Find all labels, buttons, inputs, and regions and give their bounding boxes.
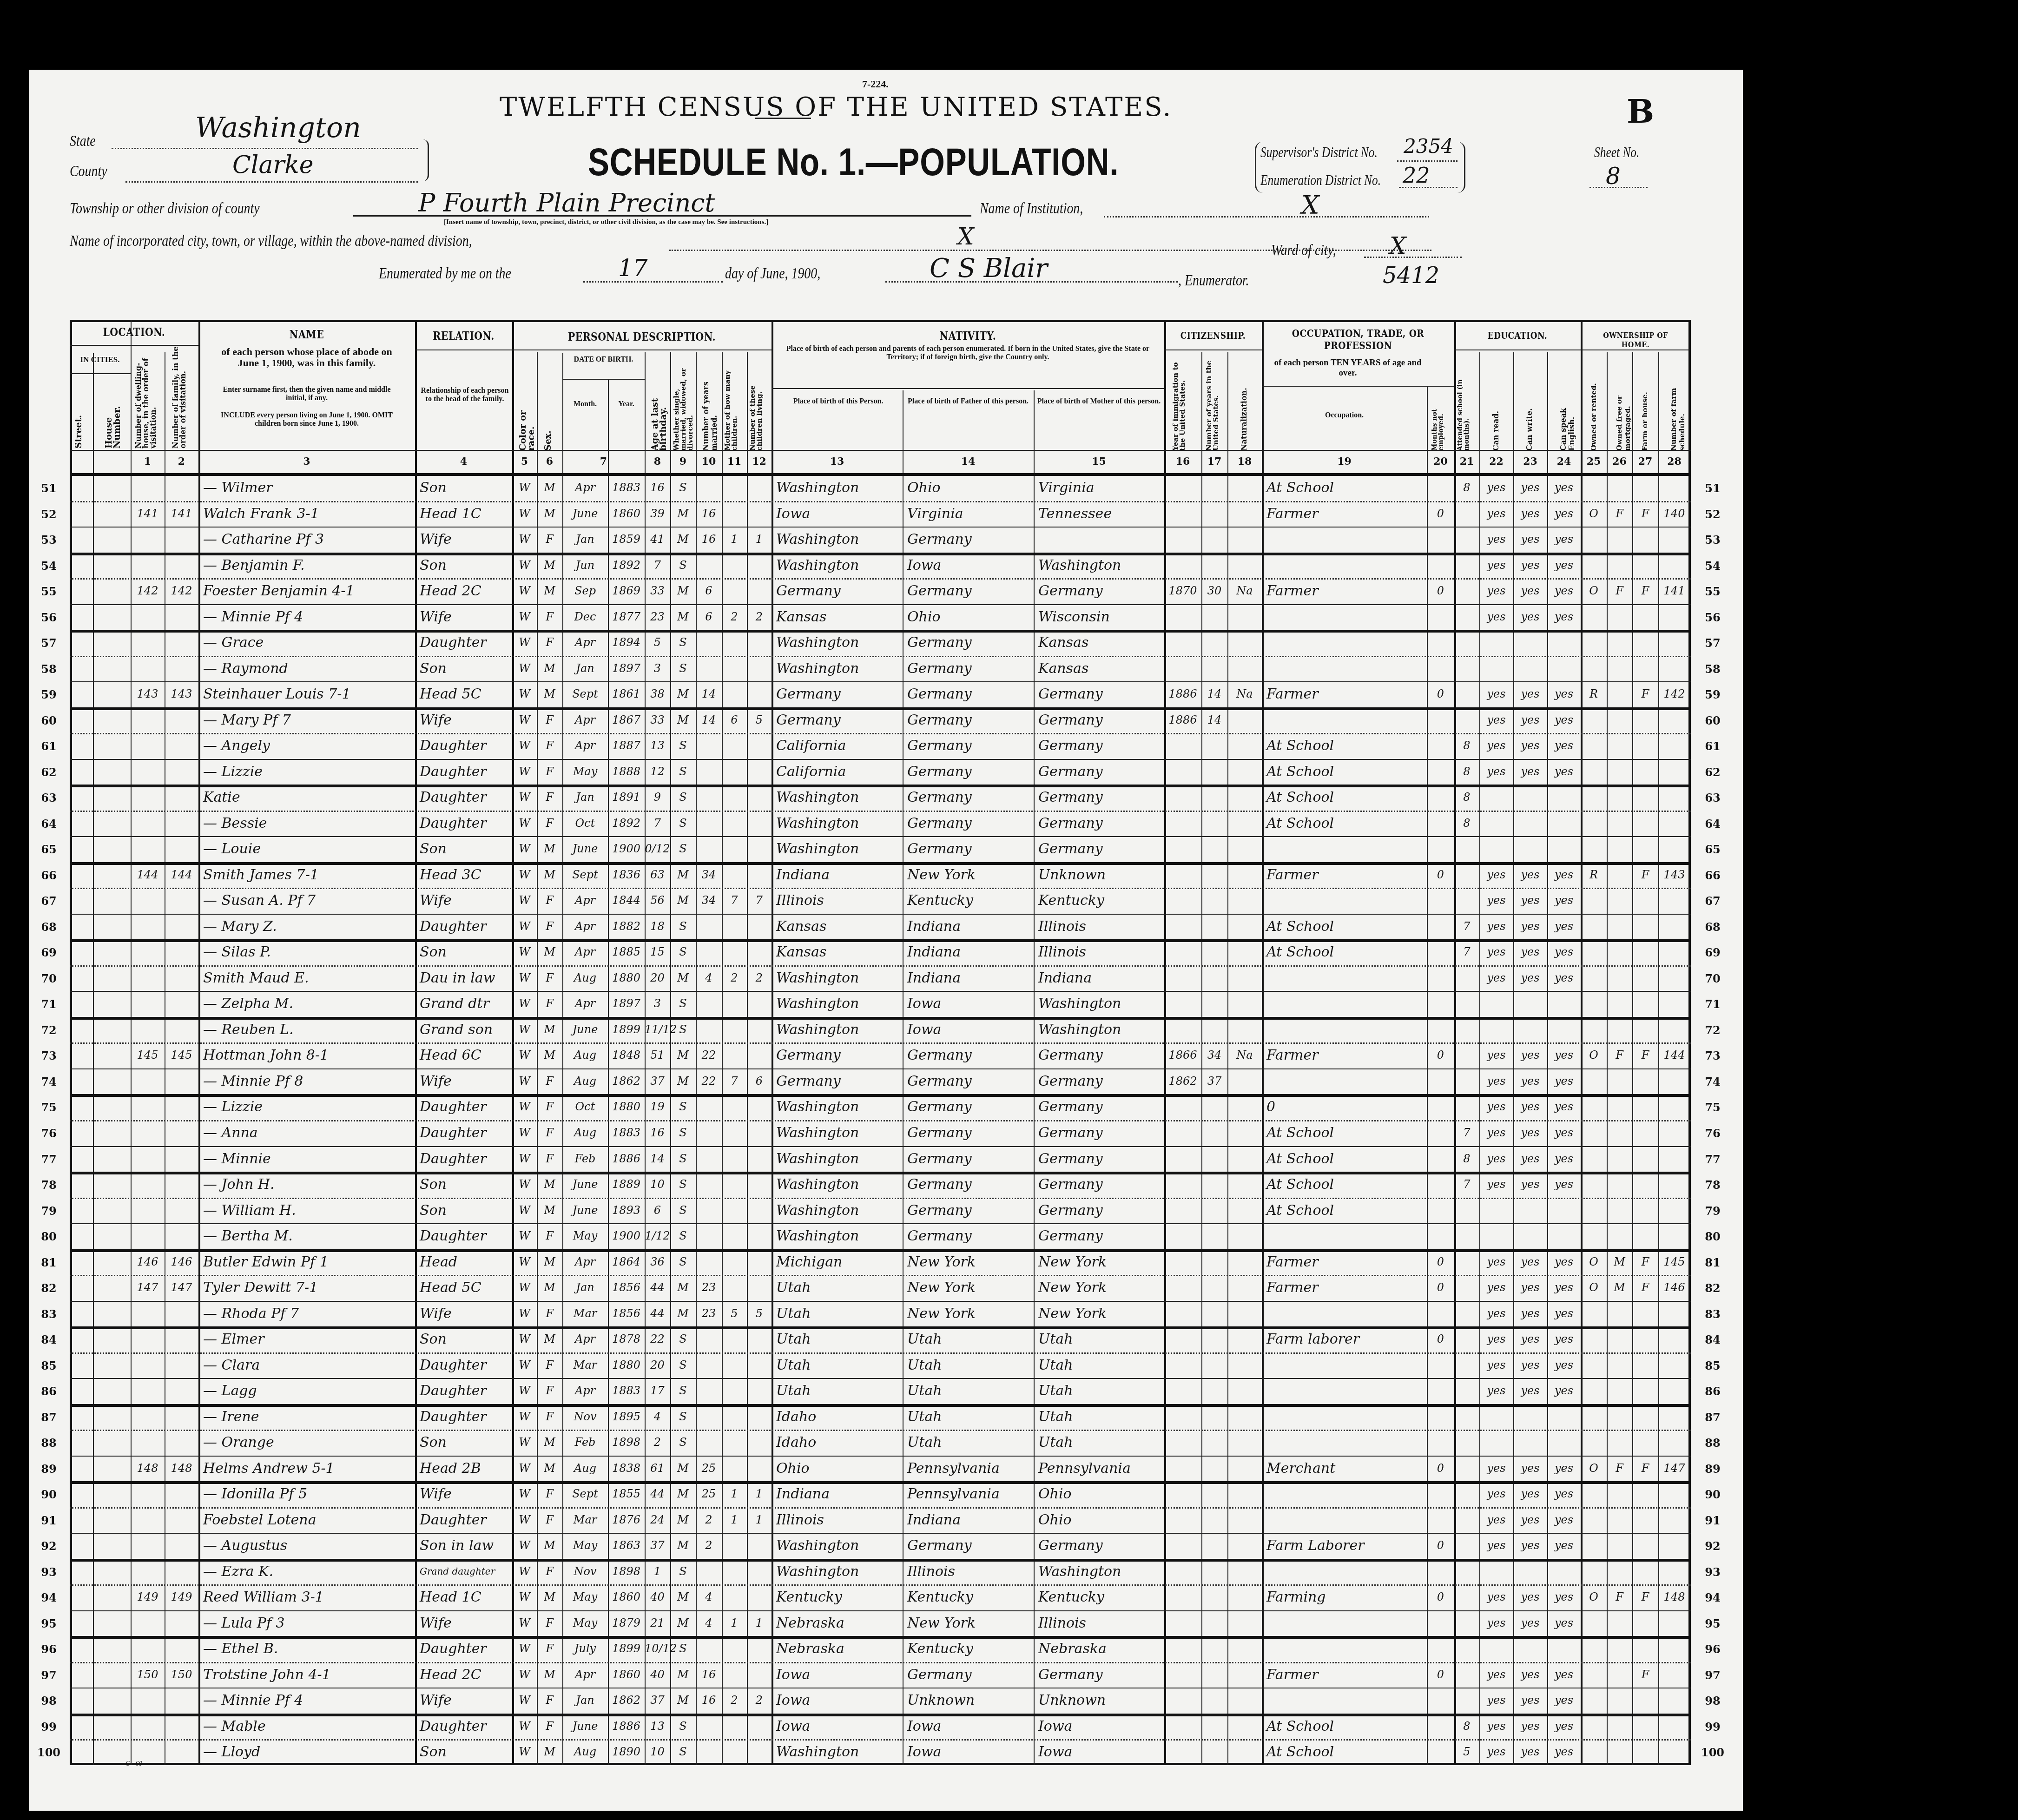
header-pob-person: Place of birth of this Person.: [774, 397, 903, 406]
cell-family: 144: [165, 862, 198, 888]
line-number-right: 81: [1699, 1256, 1727, 1269]
header-name-instr2: INCLUDE every person living on June 1, 1…: [214, 411, 400, 428]
line-number-right: 93: [1699, 1565, 1727, 1579]
line-number-right: 75: [1699, 1101, 1727, 1114]
header-occupation-col: Occupation.: [1262, 410, 1427, 421]
cell-speak: yes: [1547, 1584, 1581, 1610]
cell-month: Feb: [562, 1146, 608, 1172]
cell-occupation: At School: [1266, 1172, 1427, 1198]
cell-farm: F: [1632, 681, 1658, 707]
cell-relation: Son: [420, 1739, 512, 1765]
cell-sex: M: [537, 1533, 562, 1559]
cell-read: yes: [1479, 1094, 1513, 1120]
column-number: 20: [1427, 455, 1454, 468]
cell-name: — Idonilla Pf 5: [203, 1481, 415, 1507]
cell-pob-mother: Utah: [1038, 1430, 1164, 1456]
cell-free: M: [1607, 1249, 1632, 1275]
column-divider: [747, 352, 748, 1765]
cell-pob-mother: Germany: [1038, 1042, 1164, 1068]
cell-pob-mother: New York: [1038, 1249, 1164, 1275]
cell-year: 1883: [608, 475, 645, 501]
cell-relation: Daughter: [420, 759, 512, 785]
cell-age: 18: [645, 914, 670, 940]
cell-pob: Washington: [776, 1017, 903, 1043]
vheader-attended-school: Attended school (in months).: [1457, 358, 1470, 451]
line-number-left: 73: [35, 1049, 63, 1062]
cell-pob: Michigan: [776, 1249, 903, 1275]
line-number-left: 51: [35, 481, 63, 495]
cell-age: 41: [645, 527, 670, 553]
ward-value: X: [1390, 232, 1406, 259]
cell-sex: F: [537, 527, 562, 553]
cell-pob-mother: Germany: [1038, 1172, 1164, 1198]
line-number-left: 64: [35, 817, 63, 831]
cell-mother-of: 2: [722, 604, 747, 630]
cell-age: 11/12: [645, 1017, 670, 1043]
vheader-sex: Sex.: [544, 418, 552, 451]
column-number: 3: [198, 455, 415, 468]
line-number-left: 60: [35, 714, 63, 727]
cell-write: yes: [1513, 1352, 1547, 1378]
cell-month: Sept: [562, 681, 608, 707]
cell-name: Tyler Dewitt 7-1: [203, 1275, 415, 1301]
cell-pob: Washington: [776, 991, 903, 1017]
cell-pob: Washington: [776, 1146, 903, 1172]
cell-sex: F: [537, 1120, 562, 1146]
cell-pob-mother: Iowa: [1038, 1739, 1164, 1765]
cell-living: 2: [747, 1688, 772, 1714]
cell-pob-father: Germany: [907, 1198, 1034, 1224]
line-number-right: 69: [1699, 946, 1727, 959]
cell-color: W: [512, 1017, 537, 1043]
cell-pob-mother: Illinois: [1038, 1610, 1164, 1636]
cell-marital: S: [670, 836, 696, 862]
cell-pob-mother: Washington: [1038, 991, 1164, 1017]
cell-sex: M: [537, 1275, 562, 1301]
line-number-right: 77: [1699, 1153, 1727, 1166]
cell-month: Aug: [562, 1042, 608, 1068]
cell-name: Reed William 3-1: [203, 1584, 415, 1610]
cell-occupation: 0: [1266, 1094, 1427, 1120]
cell-yrs-married: 2: [696, 1533, 722, 1559]
grid-line: [70, 450, 1691, 451]
line-number-left: 82: [35, 1281, 63, 1295]
cell-read: yes: [1479, 1739, 1513, 1765]
cell-write: yes: [1513, 553, 1547, 579]
cell-speak: yes: [1547, 1042, 1581, 1068]
cell-year: 1895: [608, 1404, 645, 1430]
cell-pob-mother: Utah: [1038, 1326, 1164, 1352]
cell-marital: M: [670, 1662, 696, 1688]
cell-month: Jan: [562, 1688, 608, 1714]
cell-pob-father: Germany: [907, 1068, 1034, 1095]
cell-school: 7: [1454, 1172, 1479, 1198]
cell-color: W: [512, 1223, 537, 1249]
cell-unemployed: 0: [1427, 1584, 1454, 1610]
cell-age: 17: [645, 1378, 670, 1404]
cell-pob-mother: New York: [1038, 1275, 1164, 1301]
cell-age: 6: [645, 1198, 670, 1224]
cell-pob: Germany: [776, 578, 903, 604]
cell-pob-father: Germany: [907, 1533, 1034, 1559]
cell-own: O: [1581, 578, 1607, 604]
cell-age: 40: [645, 1662, 670, 1688]
cell-pob-father: Germany: [907, 759, 1034, 785]
cell-marital: S: [670, 1094, 696, 1120]
column-number: 21: [1454, 455, 1479, 468]
line-number-right: 90: [1699, 1488, 1727, 1501]
cell-free: F: [1607, 501, 1632, 527]
cell-pob: Iowa: [776, 1714, 903, 1740]
cell-read: yes: [1479, 1326, 1513, 1352]
cell-sex: M: [537, 1739, 562, 1765]
cell-sex: M: [537, 475, 562, 501]
cell-month: June: [562, 836, 608, 862]
cell-marital: M: [670, 1533, 696, 1559]
cell-pob-father: Iowa: [907, 1017, 1034, 1043]
cell-free: F: [1607, 1456, 1632, 1482]
cell-read: yes: [1479, 1378, 1513, 1404]
cell-sex: F: [537, 811, 562, 837]
cell-sex: M: [537, 1172, 562, 1198]
cell-farm: F: [1632, 578, 1658, 604]
cell-speak: yes: [1547, 604, 1581, 630]
cell-relation: Son: [420, 475, 512, 501]
header-pob-father: Place of birth of Father of this person.: [903, 397, 1034, 406]
header-ownership: OWNERSHIP OF HOME.: [1589, 331, 1682, 349]
line-number-right: 59: [1699, 688, 1727, 701]
cell-color: W: [512, 1326, 537, 1352]
cell-pob: Germany: [776, 707, 903, 733]
cell-living: 5: [747, 707, 772, 733]
cell-occupation: Farmer: [1266, 681, 1427, 707]
column-number: 22: [1479, 455, 1513, 468]
cell-marital: S: [670, 1714, 696, 1740]
cell-write: yes: [1513, 1507, 1547, 1533]
cell-sex: M: [537, 1326, 562, 1352]
cell-pob-father: Germany: [907, 681, 1034, 707]
supervisor-district-value: 2354: [1404, 135, 1453, 158]
cell-read: yes: [1479, 965, 1513, 991]
cell-pob: Kansas: [776, 604, 903, 630]
line-number-left: 97: [35, 1668, 63, 1682]
cell-dwelling: 149: [131, 1584, 165, 1610]
cell-occupation: Farmer: [1266, 1275, 1427, 1301]
cell-pob-mother: Kansas: [1038, 656, 1164, 682]
cell-age: 63: [645, 862, 670, 888]
cell-relation: Head 5C: [420, 681, 512, 707]
line-number-left: 93: [35, 1565, 63, 1579]
cell-read: yes: [1479, 1688, 1513, 1714]
cell-color: W: [512, 1275, 537, 1301]
line-number-right: 79: [1699, 1204, 1727, 1218]
cell-speak: yes: [1547, 862, 1581, 888]
cell-pob: Utah: [776, 1275, 903, 1301]
cell-read: yes: [1479, 1249, 1513, 1275]
cell-pob-father: Germany: [907, 1120, 1034, 1146]
cell-age: 7: [645, 553, 670, 579]
cell-occupation: At School: [1266, 785, 1427, 811]
line-number-left: 75: [35, 1101, 63, 1114]
cell-color: W: [512, 707, 537, 733]
column-divider: [722, 352, 723, 1765]
cell-color: W: [512, 785, 537, 811]
enumerated-day-line: [583, 281, 723, 283]
cell-unemployed: 0: [1427, 1456, 1454, 1482]
cell-pob-mother: Germany: [1038, 707, 1164, 733]
cell-age: 44: [645, 1301, 670, 1327]
cell-relation: Son: [420, 939, 512, 965]
cell-year: 1885: [608, 939, 645, 965]
cell-occupation: Farmer: [1266, 1249, 1427, 1275]
census-title: TWELFTH CENSUS OF THE UNITED STATES.: [500, 92, 1172, 122]
cell-relation: Dau in law: [420, 965, 512, 991]
institution-field-line: [1104, 216, 1429, 218]
cell-year: 1878: [608, 1326, 645, 1352]
cell-color: W: [512, 501, 537, 527]
cell-month: May: [562, 759, 608, 785]
cell-relation: Wife: [420, 604, 512, 630]
cell-own: O: [1581, 1584, 1607, 1610]
column-number: 18: [1227, 455, 1262, 468]
header-name-instr1: Enter surname first, then the given name…: [214, 386, 400, 402]
form-number: 7-224.: [862, 78, 889, 90]
header-education: EDUCATION.: [1464, 330, 1571, 341]
cell-yrs-married: 22: [696, 1068, 722, 1095]
column-number: 15: [1034, 455, 1164, 468]
cell-pob-father: Iowa: [907, 553, 1034, 579]
cell-name: — Minnie: [203, 1146, 415, 1172]
ward-label: Ward of city,: [1271, 242, 1336, 259]
cell-free: M: [1607, 1275, 1632, 1301]
cell-immig: 1870: [1164, 578, 1201, 604]
cell-pob-father: New York: [907, 1610, 1034, 1636]
cell-pob-mother: Germany: [1038, 733, 1164, 759]
cell-age: 13: [645, 733, 670, 759]
cell-name: Trotstine John 4-1: [203, 1662, 415, 1688]
cell-family: 141: [165, 501, 198, 527]
cell-pob: Indiana: [776, 862, 903, 888]
cell-occupation: At School: [1266, 1714, 1427, 1740]
cell-age: 4: [645, 1404, 670, 1430]
cell-write: yes: [1513, 1301, 1547, 1327]
cell-speak: yes: [1547, 1146, 1581, 1172]
cell-name: — Reuben L.: [203, 1017, 415, 1043]
cell-schedule: 145: [1658, 1249, 1690, 1275]
cell-month: Aug: [562, 1456, 608, 1482]
line-number-left: 55: [35, 585, 63, 598]
cell-marital: M: [670, 862, 696, 888]
cell-occupation: At School: [1266, 733, 1427, 759]
cell-speak: yes: [1547, 965, 1581, 991]
cell-pob: Illinois: [776, 1507, 903, 1533]
cell-relation: Daughter: [420, 811, 512, 837]
cell-read: yes: [1479, 939, 1513, 965]
cell-name: Smith James 7-1: [203, 862, 415, 888]
cell-color: W: [512, 578, 537, 604]
cell-speak: yes: [1547, 1507, 1581, 1533]
cell-age: 56: [645, 888, 670, 914]
cell-color: W: [512, 1688, 537, 1714]
cell-living: 5: [747, 1301, 772, 1327]
header-pob-mother: Place of birth of Mother of this person.: [1034, 397, 1164, 406]
cell-write: yes: [1513, 1533, 1547, 1559]
cell-year: 1897: [608, 656, 645, 682]
grid-line: [562, 379, 645, 380]
cell-pob-mother: Kansas: [1038, 630, 1164, 656]
cell-month: Sept: [562, 862, 608, 888]
column-number: 25: [1581, 455, 1607, 468]
line-number-left: 81: [35, 1256, 63, 1269]
cell-relation: Head 5C: [420, 1275, 512, 1301]
cell-marital: S: [670, 939, 696, 965]
cell-marital: M: [670, 1584, 696, 1610]
cell-year: 1880: [608, 965, 645, 991]
cell-sex: M: [537, 578, 562, 604]
township-value: P Fourth Plain Precinct: [418, 188, 715, 218]
cell-own: O: [1581, 501, 1607, 527]
cell-write: yes: [1513, 527, 1547, 553]
cell-read: yes: [1479, 1714, 1513, 1740]
cell-free: F: [1607, 1584, 1632, 1610]
cell-speak: yes: [1547, 1688, 1581, 1714]
cell-pob-mother: Utah: [1038, 1404, 1164, 1430]
cell-pob-father: Utah: [907, 1378, 1034, 1404]
cell-color: W: [512, 1481, 537, 1507]
cell-relation: Wife: [420, 1610, 512, 1636]
cell-pob-father: Illinois: [907, 1559, 1034, 1585]
cell-relation: Daughter: [420, 630, 512, 656]
cell-name: — Raymond: [203, 656, 415, 682]
cell-year: 1860: [608, 1584, 645, 1610]
city-value: X: [957, 223, 974, 250]
cell-pob: Washington: [776, 811, 903, 837]
line-number-right: 99: [1699, 1720, 1727, 1734]
cell-month: May: [562, 1584, 608, 1610]
county-label: County: [70, 163, 107, 180]
vheader-immigration: Year of immigration to the United States…: [1172, 353, 1186, 451]
institution-value: X: [1301, 191, 1319, 220]
cell-farm: F: [1632, 1584, 1658, 1610]
cell-pob-father: Germany: [907, 527, 1034, 553]
cell-year: 1863: [608, 1533, 645, 1559]
cell-schedule: 140: [1658, 501, 1690, 527]
cell-name: — Anna: [203, 1120, 415, 1146]
cell-sex: F: [537, 1068, 562, 1095]
scan-border-top: [0, 0, 2018, 70]
cell-name: — Angely: [203, 733, 415, 759]
cell-month: July: [562, 1636, 608, 1662]
cell-relation: Son: [420, 656, 512, 682]
state-value: Washington: [195, 112, 361, 144]
cell-speak: yes: [1547, 553, 1581, 579]
cell-month: Jun: [562, 553, 608, 579]
cell-sex: F: [537, 1636, 562, 1662]
cell-name: — Minnie Pf 4: [203, 604, 415, 630]
line-number-left: 86: [35, 1385, 63, 1398]
sheet-number-label: Sheet No.: [1594, 144, 1639, 161]
cell-read: yes: [1479, 1352, 1513, 1378]
column-number: 19: [1262, 455, 1427, 468]
cell-sex: M: [537, 553, 562, 579]
header-name: NAME: [215, 328, 399, 341]
cell-pob: Nebraska: [776, 1610, 903, 1636]
column-number: 17: [1201, 455, 1227, 468]
cell-age: 20: [645, 965, 670, 991]
cell-sex: F: [537, 1559, 562, 1585]
cell-pob: California: [776, 759, 903, 785]
header-date-of-birth: DATE OF BIRTH.: [562, 354, 645, 365]
cell-age: 33: [645, 578, 670, 604]
cell-write: yes: [1513, 1378, 1547, 1404]
cell-read: yes: [1479, 1481, 1513, 1507]
cell-yrs-married: 6: [696, 578, 722, 604]
column-number: 14: [903, 455, 1034, 468]
cell-marital: S: [670, 1559, 696, 1585]
cell-nat: Na: [1227, 681, 1262, 707]
cell-color: W: [512, 1739, 537, 1765]
cell-speak: yes: [1547, 681, 1581, 707]
cell-year: 1862: [608, 1068, 645, 1095]
cell-pob-mother: Kentucky: [1038, 888, 1164, 914]
cell-sex: F: [537, 630, 562, 656]
cell-age: 44: [645, 1275, 670, 1301]
cell-pob-father: Unknown: [907, 1688, 1034, 1714]
line-number-left: 87: [35, 1411, 63, 1424]
cell-relation: Daughter: [420, 1378, 512, 1404]
supervisor-district-label: Supervisor's District No.: [1260, 144, 1378, 161]
cell-family: 145: [165, 1042, 198, 1068]
cell-occupation: Farmer: [1266, 501, 1427, 527]
cell-year: 1880: [608, 1094, 645, 1120]
line-number-left: 63: [35, 791, 63, 804]
cell-speak: yes: [1547, 1352, 1581, 1378]
column-number: 6: [537, 455, 562, 468]
cell-pob-father: Germany: [907, 578, 1034, 604]
line-number-right: 61: [1699, 739, 1727, 753]
line-number-right: 67: [1699, 894, 1727, 908]
cell-dwelling: 144: [131, 862, 165, 888]
cell-relation: Head 2B: [420, 1456, 512, 1482]
cell-yrs-us: 34: [1201, 1042, 1227, 1068]
cell-relation: Head: [420, 1249, 512, 1275]
cell-relation: Son: [420, 553, 512, 579]
cell-pob-father: Germany: [907, 785, 1034, 811]
cell-speak: yes: [1547, 759, 1581, 785]
cell-name: Foebstel Lotena: [203, 1507, 415, 1533]
cell-marital: M: [670, 707, 696, 733]
cell-pob: Kentucky: [776, 1584, 903, 1610]
cell-color: W: [512, 1636, 537, 1662]
cell-family: 142: [165, 578, 198, 604]
cell-year: 1856: [608, 1301, 645, 1327]
cell-name: — Bessie: [203, 811, 415, 837]
cell-mother-of: 1: [722, 1610, 747, 1636]
line-number-left: 76: [35, 1127, 63, 1140]
cell-color: W: [512, 1068, 537, 1095]
scan-border-left: [0, 0, 29, 1820]
cell-write: yes: [1513, 1326, 1547, 1352]
cell-age: 7: [645, 811, 670, 837]
cell-age: 13: [645, 1714, 670, 1740]
cell-dwelling: 146: [131, 1249, 165, 1275]
vheader-owned-rented: Owned or rented.: [1589, 372, 1598, 451]
ward-field-line: [1364, 257, 1462, 258]
line-number-right: 76: [1699, 1127, 1727, 1140]
cell-pob: Washington: [776, 1172, 903, 1198]
cell-schedule: 142: [1658, 681, 1690, 707]
cell-marital: S: [670, 811, 696, 837]
